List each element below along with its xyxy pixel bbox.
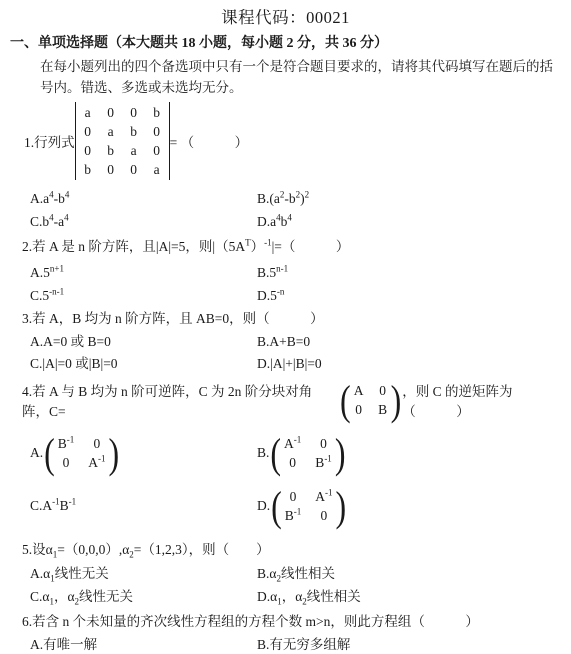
option-2-d-text: 5-n: [270, 285, 284, 306]
option-2-a: A.5n+1: [30, 262, 257, 283]
option-5-c-text: α1，α2线性无关: [42, 586, 133, 607]
option-2-d: D.5-n: [257, 285, 284, 306]
option-4-a: A.(B-100A-1): [30, 434, 257, 472]
option-1-c-text: b4-a4: [42, 211, 68, 232]
question-4: 4.若 A 与 B 均为 n 阶可逆阵，C 为 2n 阶分块对角阵，C= (A0…: [22, 376, 571, 424]
option-2-b-text: 5n-1: [269, 262, 288, 283]
option-3-c-text: |A|=0 或|B|=0: [42, 353, 117, 374]
option-3-a-text: A=0 或 B=0: [43, 331, 111, 352]
option-4-d-matrix: (0A-1B-10): [270, 487, 347, 525]
option-5-c: C.α1，α2线性无关: [30, 586, 257, 607]
option-4-d: D.(0A-1B-10): [257, 487, 347, 525]
question-6: 6.若含 n 个未知量的齐次线性方程组的方程个数 m>n，则此方程组（ ）: [22, 611, 571, 632]
question-1: 1.行列式 a00b0ab00ba0b00a = （ ）: [24, 102, 571, 180]
question-4-suffix: ，则 C 的逆矩阵为（ ）: [402, 380, 571, 420]
option-4-c-text: A-1B-1: [42, 498, 76, 514]
option-3-d: D.|A|+|B|=0: [257, 353, 322, 374]
option-2-c: C.5-n-1: [30, 285, 257, 306]
option-1-a-label: A.: [30, 188, 43, 209]
option-5-a-text: α1线性无关: [43, 563, 109, 584]
option-5-d: D.α1，α2线性相关: [257, 586, 361, 607]
page-title: 课程代码：00021: [0, 4, 571, 26]
option-1-c-label: C.: [30, 211, 42, 232]
option-1-c: C.b4-a4: [30, 211, 257, 232]
option-5-d-label: D.: [257, 586, 270, 607]
option-2-d-label: D.: [257, 285, 270, 306]
question-5: 5.设α1=（0,0,0）,α2=（1,2,3），则（ ）: [22, 539, 571, 560]
option-3-a: A.A=0 或 B=0: [30, 331, 257, 352]
option-6-b-text: 有无穷多组解: [269, 634, 350, 654]
option-5-a: A.α1线性无关: [30, 563, 257, 584]
exam-document-page: 课程代码：00021 一、单项选择题（本大题共 18 小题，每小题 2 分，共 …: [0, 4, 571, 654]
option-6-a: A.有唯一解: [30, 634, 257, 654]
question-1-prefix: 1.行列式: [24, 131, 75, 151]
option-6-a-text: 有唯一解: [43, 634, 97, 654]
question-1-suffix: = （ ）: [170, 131, 249, 151]
question-5-options-row-1: A.α1线性无关 B.α2线性相关: [30, 563, 571, 584]
option-3-d-label: D.: [257, 353, 270, 374]
option-1-b-label: B.: [257, 188, 269, 209]
option-1-b: B.(a2-b2)2: [257, 188, 309, 209]
option-4-a-matrix: (B-100A-1): [43, 434, 120, 472]
option-3-b-label: B.: [257, 331, 269, 352]
option-3-b: B.A+B=0: [257, 331, 310, 352]
section-instructions: 在每小题列出的四个备选项中只有一个是符合题目要求的，请将其代码填写在题后的括号内…: [40, 56, 561, 98]
option-4-b: B.(A-100B-1): [257, 434, 346, 472]
option-2-c-label: C.: [30, 285, 42, 306]
option-1-d-text: a4b4: [270, 211, 292, 232]
option-3-a-label: A.: [30, 331, 43, 352]
question-3: 3.若 A，B 均为 n 阶方阵，且 AB=0，则（ ）: [22, 308, 571, 329]
option-5-b-label: B.: [257, 563, 269, 584]
option-4-d-label: D.: [257, 498, 270, 514]
option-2-a-text: 5n+1: [43, 262, 64, 283]
option-2-b-label: B.: [257, 262, 269, 283]
option-3-d-text: |A|+|B|=0: [270, 353, 322, 374]
question-4-prefix: 4.若 A 与 B 均为 n 阶可逆阵，C 为 2n 阶分块对角阵，C=: [22, 380, 339, 420]
section-heading: 一、单项选择题（本大题共 18 小题，每小题 2 分，共 36 分）: [10, 32, 571, 52]
option-3-c: C.|A|=0 或|B|=0: [30, 353, 257, 374]
option-5-d-text: α1，α2线性相关: [270, 586, 361, 607]
option-6-a-label: A.: [30, 634, 43, 654]
question-2: 2.若 A 是 n 阶方阵，且|A|=5，则|（5AT）-1|=（ ）: [22, 236, 571, 257]
question-1-options-row-2: C.b4-a4 D.a4b4: [30, 211, 571, 232]
option-1-d: D.a4b4: [257, 211, 292, 232]
option-6-b-label: B.: [257, 634, 269, 654]
option-5-c-label: C.: [30, 586, 42, 607]
option-4-b-matrix: (A-100B-1): [269, 434, 346, 472]
question-5-options-row-2: C.α1，α2线性无关 D.α1，α2线性相关: [30, 586, 571, 607]
option-4-b-label: B.: [257, 445, 269, 461]
question-4-options-row-2: C.A-1B-1 D.(0A-1B-10): [30, 483, 571, 529]
question-3-options-row-1: A.A=0 或 B=0 B.A+B=0: [30, 331, 571, 352]
option-6-b: B.有无穷多组解: [257, 634, 350, 654]
option-1-b-text: (a2-b2)2: [269, 188, 309, 209]
question-4-matrix-c: (A00B): [339, 381, 402, 419]
question-4-options-row-1: A.(B-100A-1) B.(A-100B-1): [30, 430, 571, 476]
option-1-d-label: D.: [257, 211, 270, 232]
question-1-options-row-1: A.a4-b4 B.(a2-b2)2: [30, 188, 571, 209]
option-1-a-text: a4-b4: [43, 188, 69, 209]
option-4-c-label: C.: [30, 498, 42, 514]
option-2-c-text: 5-n-1: [42, 285, 64, 306]
question-2-options-row-2: C.5-n-1 D.5-n: [30, 285, 571, 306]
option-1-a: A.a4-b4: [30, 188, 257, 209]
option-3-b-text: A+B=0: [269, 331, 310, 352]
question-2-options-row-1: A.5n+1 B.5n-1: [30, 262, 571, 283]
question-3-options-row-2: C.|A|=0 或|B|=0 D.|A|+|B|=0: [30, 353, 571, 374]
option-5-b: B.α2线性相关: [257, 563, 335, 584]
option-5-a-label: A.: [30, 563, 43, 584]
option-4-a-label: A.: [30, 445, 43, 461]
option-2-b: B.5n-1: [257, 262, 288, 283]
option-3-c-label: C.: [30, 353, 42, 374]
question-6-options-row-1: A.有唯一解 B.有无穷多组解: [30, 634, 571, 654]
option-5-b-text: α2线性相关: [269, 563, 335, 584]
option-4-c: C.A-1B-1: [30, 498, 257, 514]
question-1-determinant: a00b0ab00ba0b00a: [75, 102, 170, 180]
option-2-a-label: A.: [30, 262, 43, 283]
